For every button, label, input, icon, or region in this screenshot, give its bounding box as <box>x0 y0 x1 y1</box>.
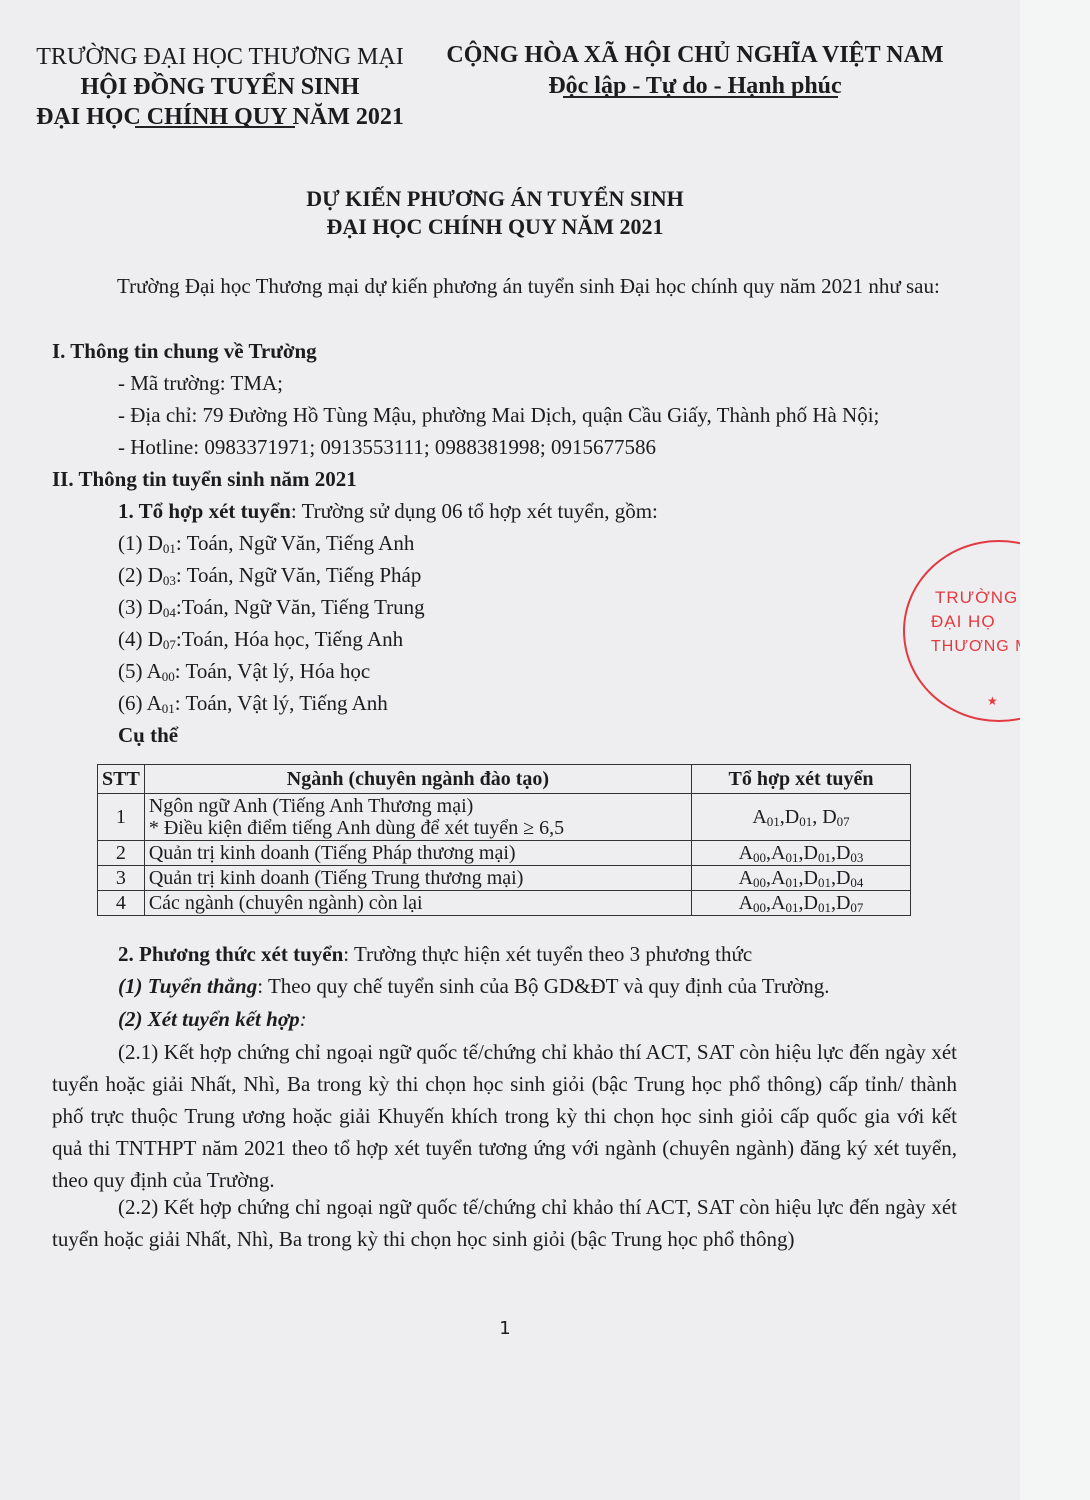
stamp-line-2: ĐẠI HỌ <box>931 612 996 632</box>
stamp-line-1: TRƯỜNG <box>935 588 1018 608</box>
stamp-star-icon: ★ <box>987 694 998 708</box>
page-number: 1 <box>0 1318 1010 1339</box>
stamp-clip: TRƯỜNG ĐẠI HỌ THƯƠNG M ★ <box>0 0 1020 1500</box>
scan-edge-strip <box>1020 0 1090 1500</box>
official-seal-stamp: TRƯỜNG ĐẠI HỌ THƯƠNG M ★ <box>903 540 1020 722</box>
stamp-line-3: THƯƠNG M <box>931 638 1020 656</box>
